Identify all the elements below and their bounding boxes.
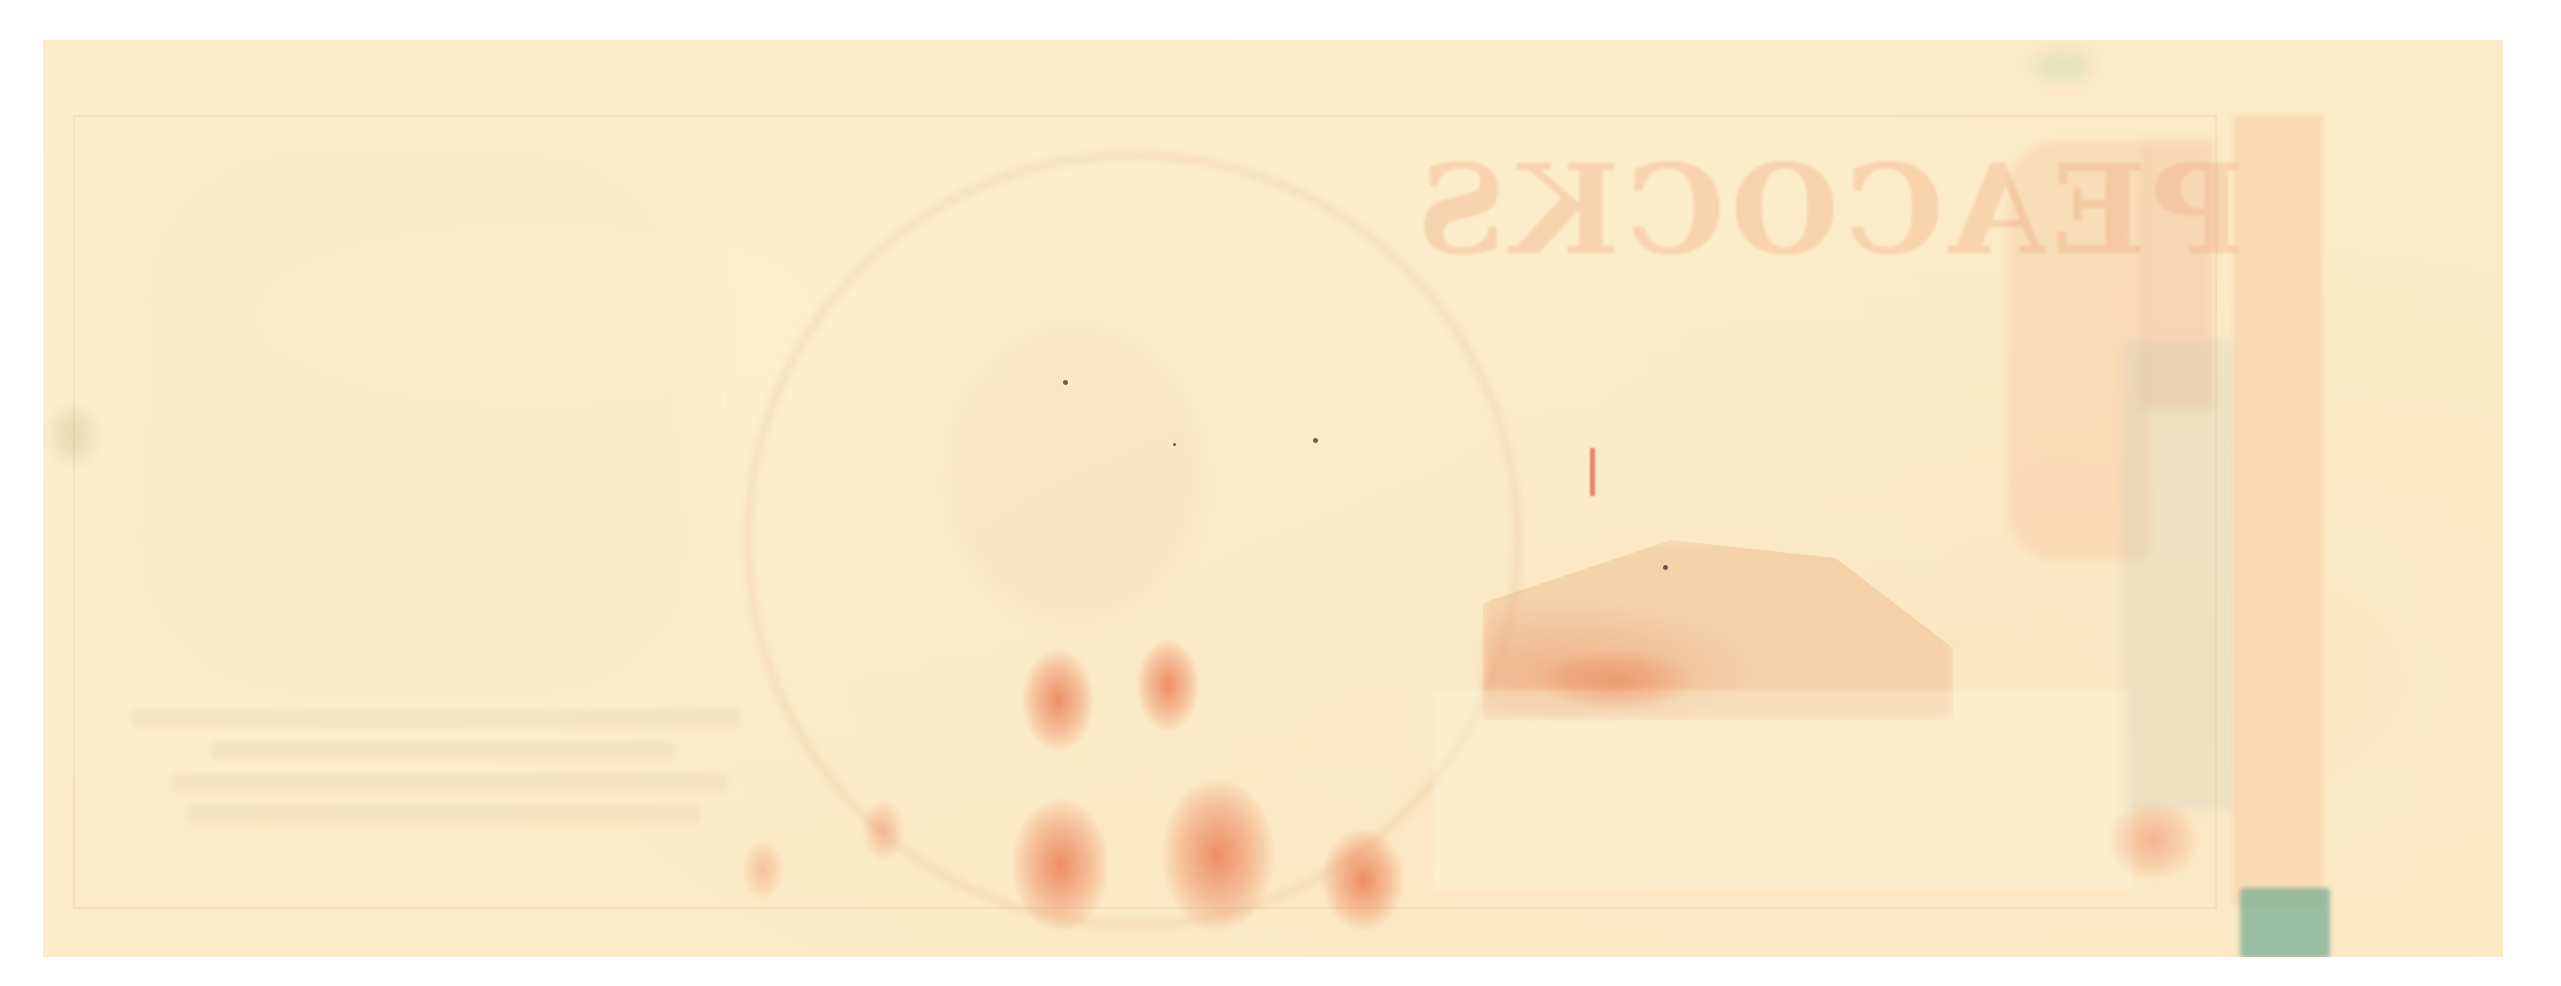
- paper-speck: [1063, 380, 1068, 385]
- paper-speck: [1173, 443, 1176, 446]
- text-line: [186, 806, 701, 824]
- red-speckle: [1023, 650, 1093, 750]
- scan-canvas: PEACOCKS: [0, 0, 2561, 986]
- text-line: [173, 774, 727, 792]
- red-speckle: [1163, 780, 1273, 930]
- red-speckle: [2108, 800, 2198, 880]
- peacock-illustration-show-through: [943, 320, 1203, 620]
- right-band-grey-speckle: [2123, 340, 2233, 810]
- left-ornament-show-through: [133, 140, 693, 680]
- paper-speck: [1663, 565, 1668, 570]
- red-speckle: [863, 800, 903, 860]
- brand-wordmark-mirrored: PEACOCKS: [1428, 135, 2228, 285]
- paper-stain: [2033, 50, 2093, 80]
- packer-text-block-show-through: [133, 700, 793, 900]
- label-paper-sheet: PEACOCKS: [43, 40, 2503, 957]
- variety-banner-show-through: [1433, 690, 2133, 890]
- red-speckle: [1323, 830, 1403, 930]
- red-speckle: [1013, 800, 1108, 930]
- text-line: [133, 710, 740, 728]
- red-speckle: [1138, 640, 1198, 730]
- paper-speck: [1313, 438, 1318, 443]
- green-ink-stamp: [2240, 888, 2330, 957]
- red-speckle: [743, 840, 783, 900]
- text-line: [212, 742, 674, 760]
- red-speckle: [1543, 650, 1693, 710]
- right-band-orange: [2233, 115, 2323, 905]
- red-mark: [1590, 448, 1595, 496]
- paper-stain: [53, 410, 93, 460]
